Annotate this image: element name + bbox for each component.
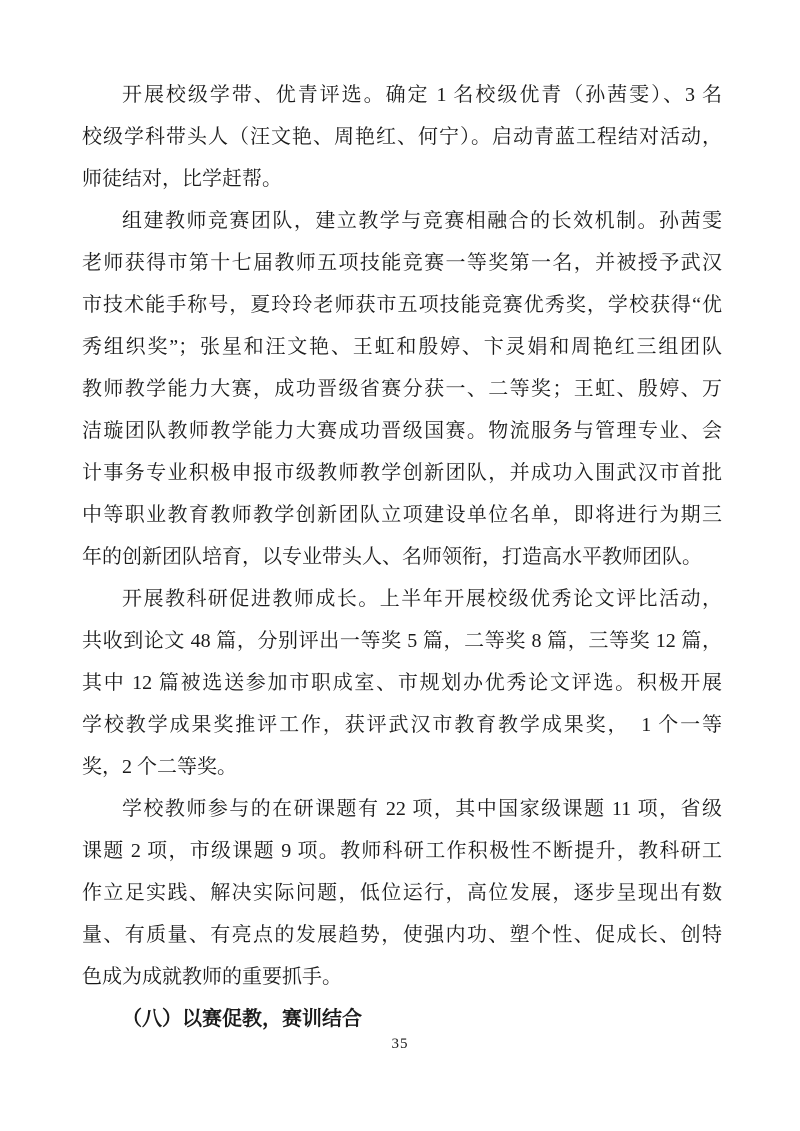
paragraph-line: （八）以赛促教，赛训结合 — [82, 998, 722, 1040]
paragraph-line: 市技术能手称号，夏玲玲老师获市五项技能竞赛优秀奖，学校获得“优 — [82, 284, 722, 326]
document-body: 开展校级学带、优青评选。确定 1 名校级优青（孙茜雯）、3 名校级学科带头人（汪… — [82, 74, 722, 1040]
paragraph-line: 学校教学成果奖推评工作，获评武汉市教育教学成果奖， 1 个一等 — [82, 704, 722, 746]
paragraph-line: 课题 2 项，市级课题 9 项。教师科研工作积极性不断提升，教科研工 — [82, 830, 722, 872]
paragraph-line: 学校教师参与的在研课题有 22 项，其中国家级课题 11 项，省级 — [82, 788, 722, 830]
paragraph-line: 中等职业教育教师教学创新团队立项建设单位名单，即将进行为期三 — [82, 494, 722, 536]
paragraph: 学校教师参与的在研课题有 22 项，其中国家级课题 11 项，省级课题 2 项，… — [82, 788, 722, 998]
document-page: 开展校级学带、优青评选。确定 1 名校级优青（孙茜雯）、3 名校级学科带头人（汪… — [0, 0, 800, 1131]
paragraph-line: 其中 12 篇被选送参加市职成室、市规划办优秀论文评选。积极开展 — [82, 662, 722, 704]
paragraph-line: 教师教学能力大赛，成功晋级省赛分获一、二等奖；王虹、殷婷、万 — [82, 368, 722, 410]
paragraph-line: 秀组织奖”；张星和汪文艳、王虹和殷婷、卞灵娟和周艳红三组团队 — [82, 326, 722, 368]
paragraph-line: 洁璇团队教师教学能力大赛成功晋级国赛。物流服务与管理专业、会 — [82, 410, 722, 452]
paragraph-line: 量、有质量、有亮点的发展趋势，使强内功、塑个性、促成长、创特 — [82, 914, 722, 956]
paragraph-line: 开展校级学带、优青评选。确定 1 名校级优青（孙茜雯）、3 名 — [82, 74, 722, 116]
paragraph: 开展教科研促进教师成长。上半年开展校级优秀论文评比活动，共收到论文 48 篇，分… — [82, 578, 722, 788]
paragraph-line: 组建教师竞赛团队，建立教学与竞赛相融合的长效机制。孙茜雯 — [82, 200, 722, 242]
paragraph-line: 年的创新团队培育，以专业带头人、名师领衔，打造高水平教师团队。 — [82, 536, 722, 578]
page-number: 35 — [0, 1036, 800, 1053]
section-heading: （八）以赛促教，赛训结合 — [82, 998, 722, 1040]
paragraph-line: 开展教科研促进教师成长。上半年开展校级优秀论文评比活动， — [82, 578, 722, 620]
paragraph: 组建教师竞赛团队，建立教学与竞赛相融合的长效机制。孙茜雯老师获得市第十七届教师五… — [82, 200, 722, 578]
paragraph-line: 色成为成就教师的重要抓手。 — [82, 956, 722, 998]
paragraph-line: 校级学科带头人（汪文艳、周艳红、何宁）。启动青蓝工程结对活动， — [82, 116, 722, 158]
paragraph-line: 奖，2 个二等奖。 — [82, 746, 722, 788]
paragraph-line: 计事务专业积极申报市级教师教学创新团队，并成功入围武汉市首批 — [82, 452, 722, 494]
paragraph-line: 共收到论文 48 篇，分别评出一等奖 5 篇，二等奖 8 篇，三等奖 12 篇， — [82, 620, 722, 662]
paragraph-line: 师徒结对，比学赶帮。 — [82, 158, 722, 200]
paragraph-line: 作立足实践、解决实际问题，低位运行，高位发展，逐步呈现出有数 — [82, 872, 722, 914]
paragraph: 开展校级学带、优青评选。确定 1 名校级优青（孙茜雯）、3 名校级学科带头人（汪… — [82, 74, 722, 200]
paragraph-line: 老师获得市第十七届教师五项技能竞赛一等奖第一名，并被授予武汉 — [82, 242, 722, 284]
